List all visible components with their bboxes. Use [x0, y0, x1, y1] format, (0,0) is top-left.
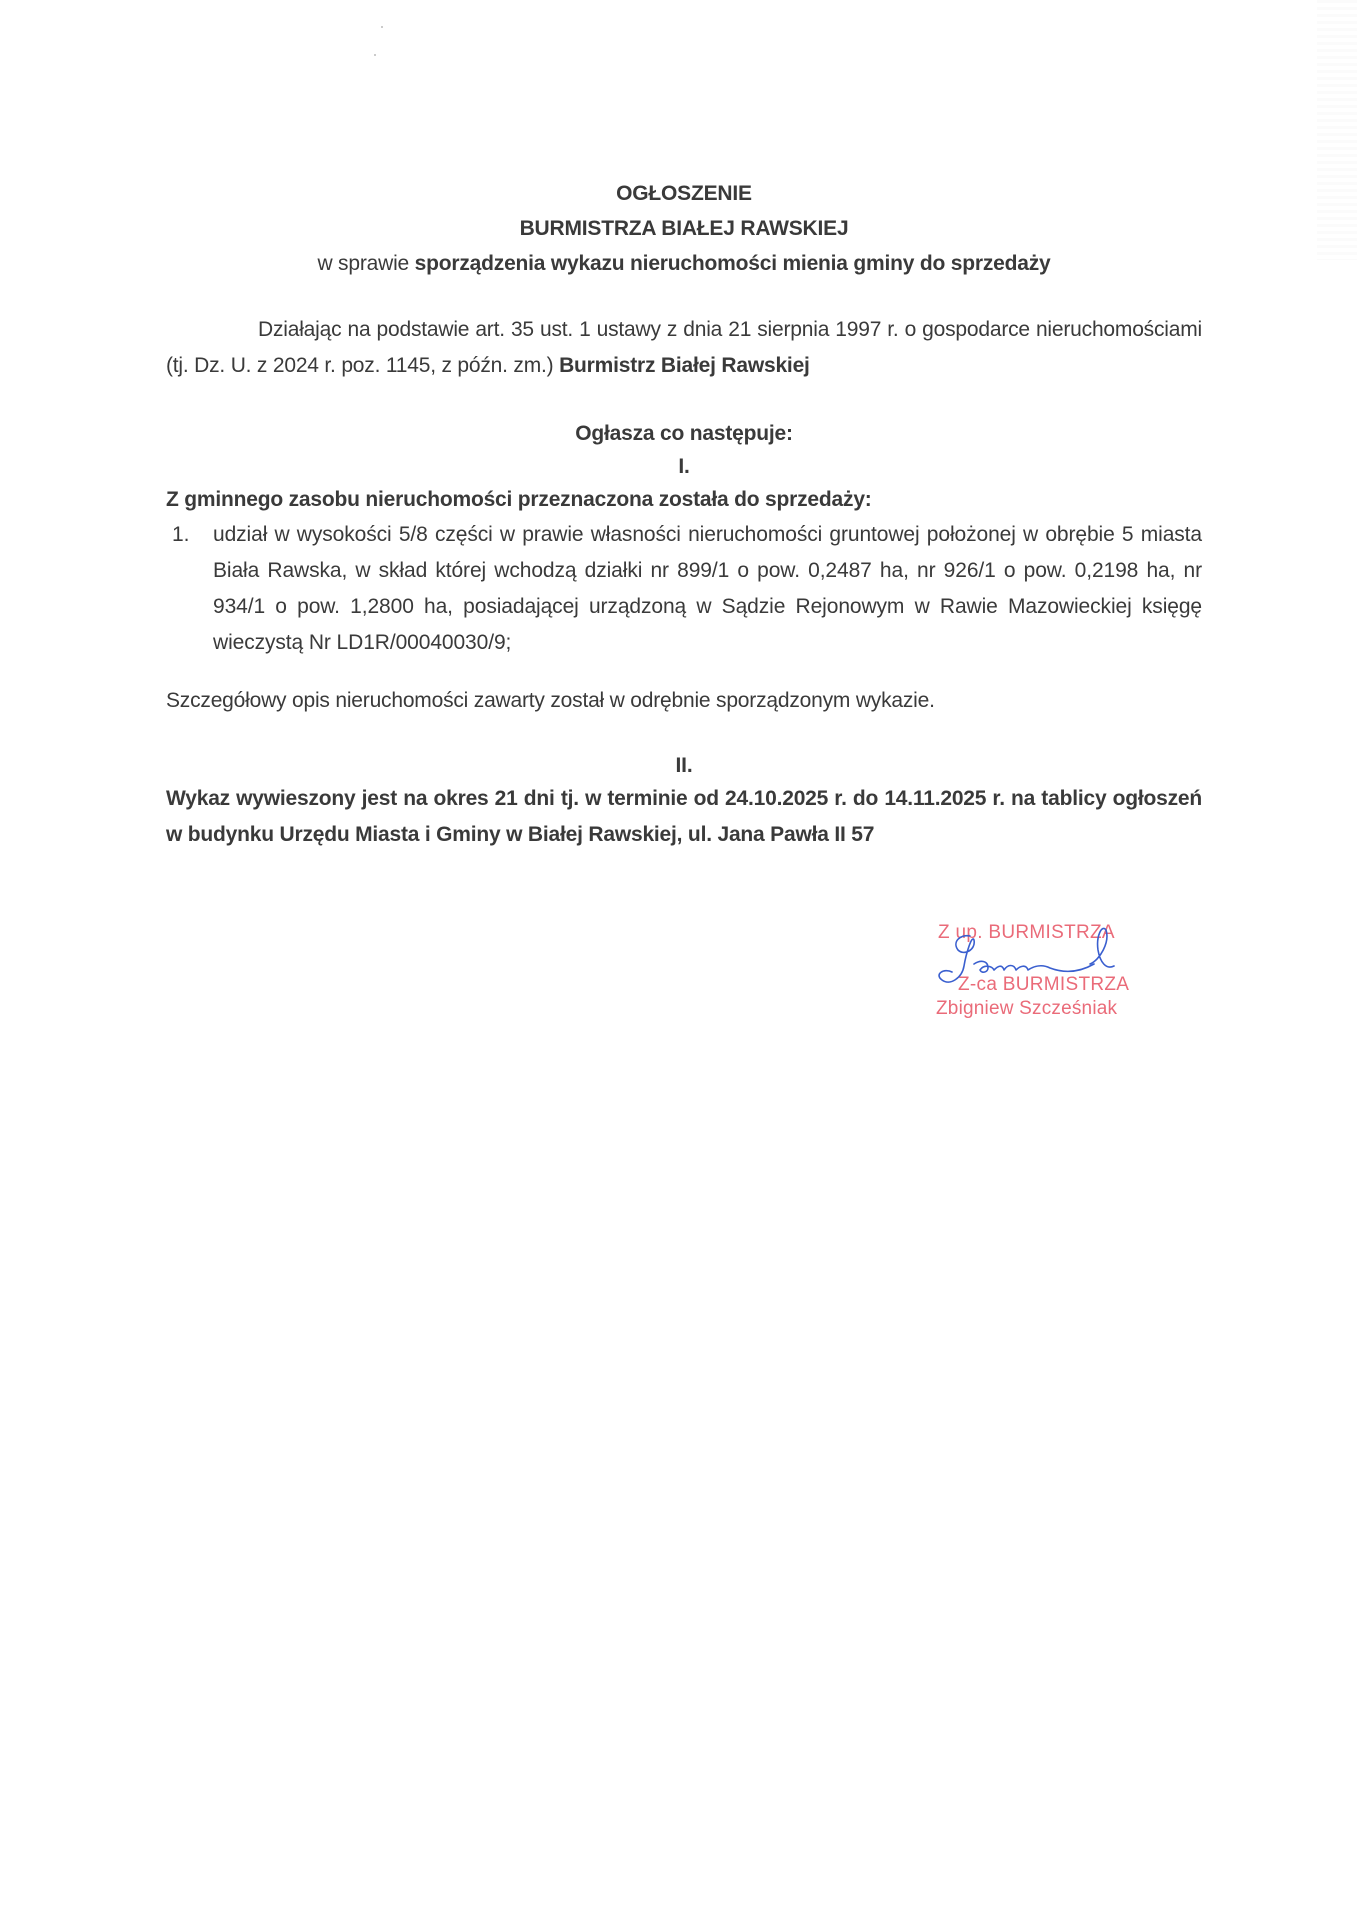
announces-heading: Ogłasza co następuje:	[166, 416, 1202, 452]
scan-speck	[381, 26, 383, 28]
list-item-number: 1.	[172, 517, 190, 553]
title-heading: OGŁOSZENIE	[166, 176, 1202, 212]
subject-prefix: w sprawie	[317, 252, 414, 275]
list-item-text: udział w wysokości 5/8 części w prawie w…	[213, 517, 1202, 661]
intro-bold: Burmistrz Białej Rawskiej	[559, 354, 810, 377]
intro-paragraph: Działając na podstawie art. 35 ust. 1 us…	[166, 312, 1202, 384]
section-1-heading: Z gminnego zasobu nieruchomości przeznac…	[166, 482, 1202, 518]
official-stamp: Z up. BURMISTRZA Z-ca BURMISTRZA Zbignie…	[930, 920, 1170, 1040]
subject-bold: sporządzenia wykazu nieruchomości mienia…	[415, 252, 1051, 275]
section-2-text: Wykaz wywieszony jest na okres 21 dni tj…	[166, 781, 1202, 853]
subject-line: w sprawie sporządzenia wykazu nieruchomo…	[166, 246, 1202, 282]
document-page: OGŁOSZENIE BURMISTRZA BIAŁEJ RAWSKIEJ w …	[0, 0, 1357, 1920]
section-number-2: II.	[166, 748, 1202, 784]
scan-speck	[374, 54, 376, 56]
scan-edge-texture	[1317, 0, 1357, 260]
section-number-1: I.	[166, 449, 1202, 485]
issuer-heading: BURMISTRZA BIAŁEJ RAWSKIEJ	[166, 211, 1202, 247]
details-note: Szczegółowy opis nieruchomości zawarty z…	[166, 683, 1202, 719]
handwritten-signature-icon	[930, 920, 1170, 1040]
